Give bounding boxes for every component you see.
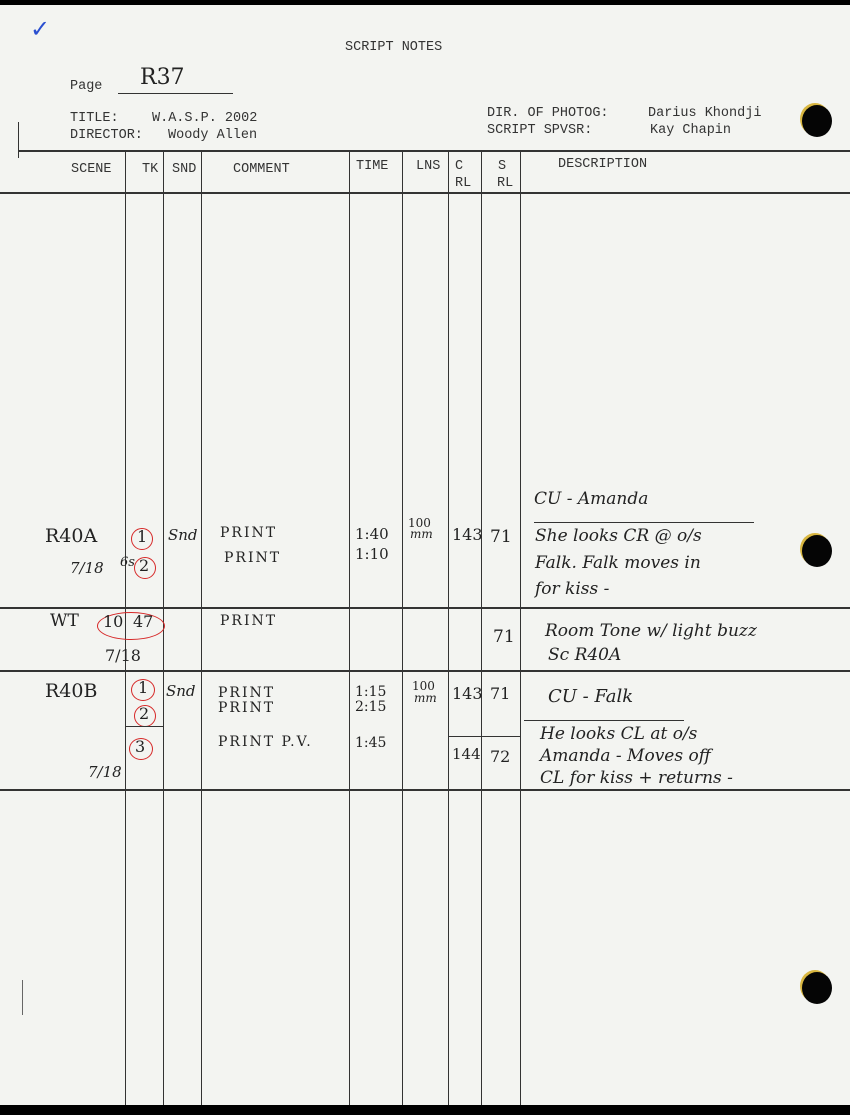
scene-cell: R40B <box>45 680 97 702</box>
punch-hole-icon <box>802 972 832 1004</box>
snd-cell: Snd <box>168 526 198 544</box>
col-divider <box>448 150 449 1105</box>
form-title: SCRIPT NOTES <box>345 40 442 55</box>
date-cell: 7/18 <box>70 559 104 577</box>
col-header-c-rl: RL <box>455 176 471 191</box>
col-header-c: C <box>455 159 463 174</box>
s-rl-cell: 71 <box>493 627 515 647</box>
title-value: W.A.S.P. 2002 <box>152 111 257 126</box>
take-cell: 1 <box>137 527 147 546</box>
description-line: Amanda - Moves off <box>540 746 711 766</box>
s-rl-cell: 71 <box>490 684 510 703</box>
date-cell: 7/18 <box>88 763 122 781</box>
checkmark-icon: ✓ <box>30 15 50 43</box>
page-label: Page <box>70 79 102 94</box>
scene-cell: WT <box>50 611 79 631</box>
description-line: Falk. Falk moves in <box>535 553 701 573</box>
supervisor-value: Kay Chapin <box>650 123 731 138</box>
director-label: DIRECTOR: <box>70 128 143 143</box>
description-line: for kiss - <box>535 579 609 599</box>
page-underline <box>118 93 233 94</box>
extra-note: 6s <box>120 555 135 570</box>
description-line: Room Tone w/ light buzz <box>545 621 757 641</box>
comment-cell: PRINT <box>224 550 281 566</box>
time-cell: 1:10 <box>355 545 389 563</box>
description-line: CU - Falk <box>548 686 633 707</box>
take-cell: 47 <box>133 612 153 631</box>
col-divider <box>520 150 521 1105</box>
time-cell: 1:40 <box>355 525 389 543</box>
margin-mark <box>22 980 23 1015</box>
margin-mark <box>18 122 19 158</box>
s-rl-cell: 72 <box>490 747 510 766</box>
description-line: He looks CL at o/s <box>540 724 697 744</box>
col-divider <box>349 150 350 1105</box>
page-value: R37 <box>140 65 185 90</box>
c-rl-cell: 143 <box>452 525 483 544</box>
col-header-s: S <box>498 159 506 174</box>
dop-label: DIR. OF PHOTOG: <box>487 106 609 121</box>
comment-cell: PRINT <box>220 613 277 629</box>
take-cell: 2 <box>139 704 149 723</box>
header-bottom-rule <box>0 192 850 194</box>
director-value: Woody Allen <box>168 128 257 143</box>
supervisor-label: SCRIPT SPVSR: <box>487 123 592 138</box>
date-cell: 7/18 <box>105 646 141 665</box>
description-line: CU - Amanda <box>534 489 648 509</box>
col-header-scene: SCENE <box>71 162 112 177</box>
snd-cell: Snd <box>166 682 196 700</box>
c-rl-cell: 144 <box>452 745 481 763</box>
scene-cell: R40A <box>45 525 97 547</box>
script-notes-page: ✓ SCRIPT NOTES Page R37 TITLE: W.A.S.P. … <box>0 5 850 1105</box>
col-header-snd: SND <box>172 162 196 177</box>
col-header-comment: COMMENT <box>233 162 290 177</box>
time-cell: 1:45 <box>355 735 386 751</box>
punch-hole-icon <box>802 105 832 137</box>
punch-hole-icon <box>802 535 832 567</box>
row-divider <box>0 789 850 791</box>
time-cell: 1:15 <box>355 684 386 700</box>
header-top-rule <box>18 150 850 152</box>
col-header-tk: TK <box>142 162 158 177</box>
comment-cell: PRINT P.V. <box>218 734 313 750</box>
time-cell: 2:15 <box>355 699 386 715</box>
description-underline <box>534 522 754 523</box>
description-line: She looks CR @ o/s <box>535 526 702 546</box>
col-header-lns: LNS <box>416 159 440 174</box>
description-underline <box>524 720 684 721</box>
col-header-description: DESCRIPTION <box>558 157 647 172</box>
take-cell: 1 <box>138 678 148 697</box>
c-rl-cell: 143 <box>452 684 483 703</box>
lns-cell: mm <box>410 527 433 541</box>
comment-cell: PRINT <box>220 525 277 541</box>
comment-cell: PRINT <box>218 685 275 701</box>
description-line: Sc R40A <box>548 645 621 665</box>
title-label: TITLE: <box>70 111 119 126</box>
take-cell: 2 <box>139 556 149 575</box>
comment-cell: PRINT <box>218 700 275 716</box>
lns-cell: mm <box>414 691 437 705</box>
reel-divider <box>449 736 520 737</box>
col-divider <box>402 150 403 1105</box>
col-header-time: TIME <box>356 159 388 174</box>
col-header-s-rl: RL <box>497 176 513 191</box>
col-divider <box>481 150 482 1105</box>
row-divider <box>0 670 850 672</box>
row-divider <box>0 607 850 609</box>
take-divider <box>125 726 163 727</box>
s-rl-cell: 71 <box>490 527 512 547</box>
take-cell: 3 <box>135 737 145 756</box>
dop-value: Darius Khondji <box>648 106 761 121</box>
col-divider <box>201 150 202 1105</box>
take-cell: 10 <box>103 612 123 631</box>
description-line: CL for kiss + returns - <box>540 768 733 788</box>
